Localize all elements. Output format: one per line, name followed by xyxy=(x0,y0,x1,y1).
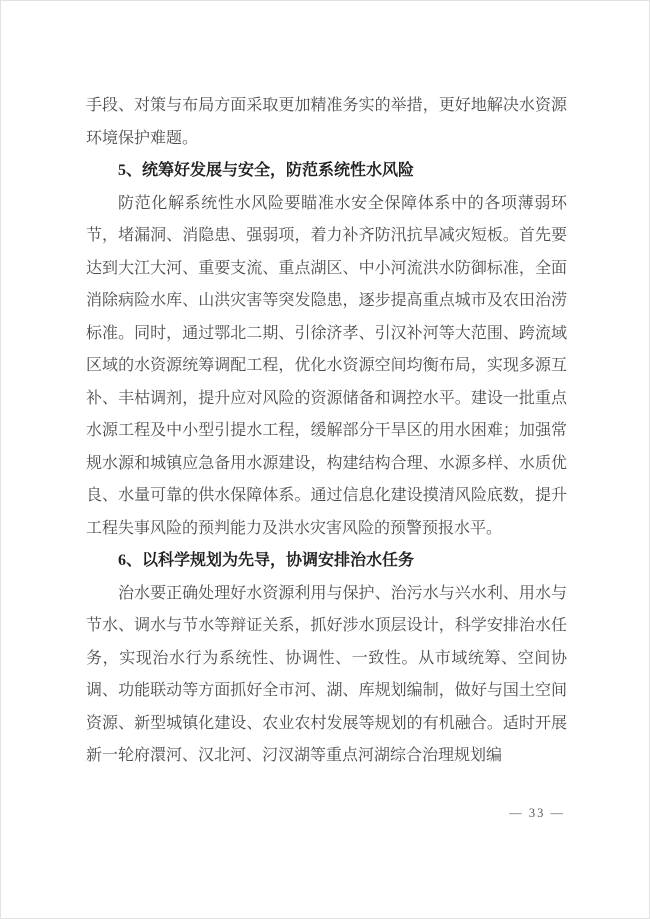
document-page: 手段、对策与布局方面采取更加精准务实的举措，更好地解决水资源环境保护难题。 5、… xyxy=(0,0,650,919)
page-number: — 33 — xyxy=(509,806,565,821)
section-heading-5: 5、统筹好发展与安全，防范系统性水风险 xyxy=(86,155,567,188)
paragraph-continuation: 手段、对策与布局方面采取更加精准务实的举措，更好地解决水资源环境保护难题。 xyxy=(86,90,567,155)
section-heading-6: 6、以科学规划为先导，协调安排治水任务 xyxy=(86,545,567,578)
paragraph-section-6-body: 治水要正确处理好水资源利用与保护、治污水与兴水利、用水与节水、调水与节水等辩证关… xyxy=(86,578,567,773)
paragraph-section-5-body: 防范化解系统性水风险要瞄准水安全保障体系中的各项薄弱环节，堵漏洞、消隐患、强弱项… xyxy=(86,188,567,546)
document-text-block: 手段、对策与布局方面采取更加精准务实的举措，更好地解决水资源环境保护难题。 5、… xyxy=(86,90,567,773)
